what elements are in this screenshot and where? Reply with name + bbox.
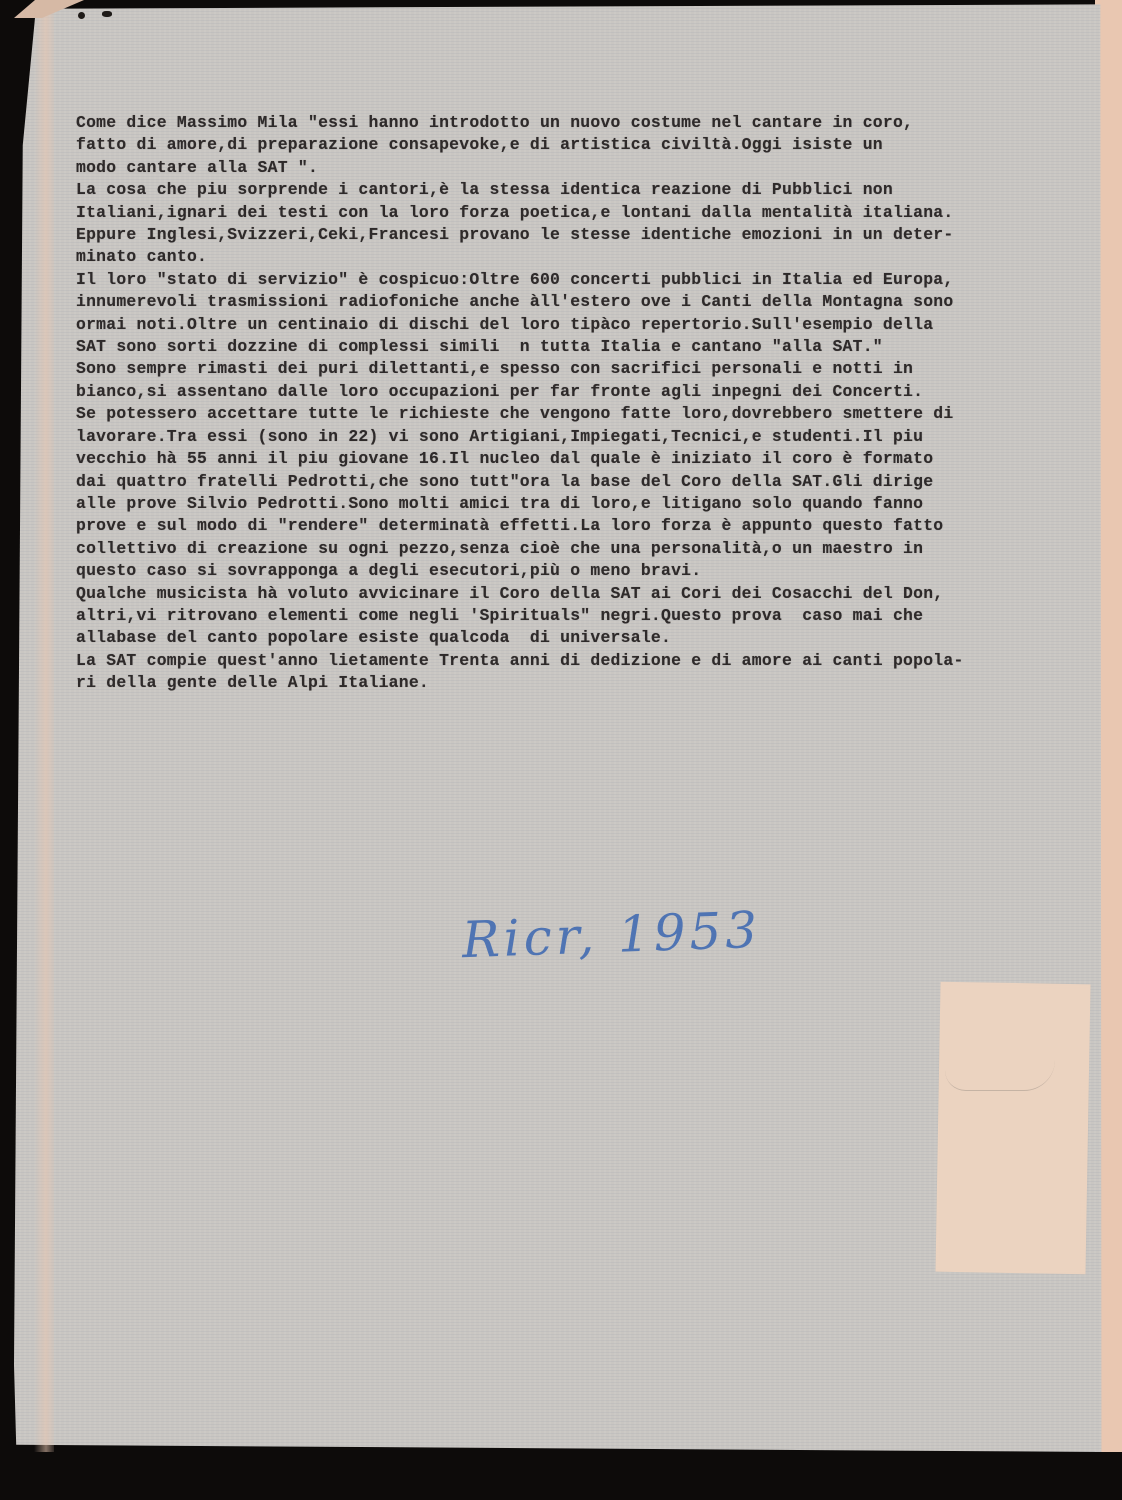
typewritten-text: Come dice Massimo Mila "essi hanno intro…: [76, 112, 1096, 695]
text-line: dai quattro fratelli Pedrotti,che sono t…: [76, 471, 1096, 493]
text-line: bianco,si assentano dalle loro occupazio…: [76, 381, 1096, 403]
text-line: La cosa che piu sorprende i cantori,è la…: [76, 179, 1096, 201]
text-line: vecchio hà 55 anni il piu giovane 16.Il …: [76, 448, 1096, 470]
text-line: fatto di amore,di preparazione consapevo…: [76, 134, 1096, 156]
ink-mark: [78, 12, 85, 19]
text-line: allabase del canto popolare esiste qualc…: [76, 627, 1096, 649]
text-line: ormai noti.Oltre un centinaio di dischi …: [76, 314, 1096, 336]
text-line: ri della gente delle Alpi Italiane.: [76, 672, 1096, 694]
text-line: Il loro "stato di servizio" è cospicuo:O…: [76, 269, 1096, 291]
text-line: modo cantare alla SAT ".: [76, 157, 1096, 179]
text-line: questo caso si sovrapponga a degli esecu…: [76, 560, 1096, 582]
text-line: innumerevoli trasmissioni radiofoniche a…: [76, 291, 1096, 313]
ink-mark: [102, 11, 112, 17]
text-line: Se potessero accettare tutte le richiest…: [76, 403, 1096, 425]
text-line: Qualche musicista hà voluto avvicinare i…: [76, 583, 1096, 605]
text-line: Come dice Massimo Mila "essi hanno intro…: [76, 112, 1096, 134]
text-line: prove e sul modo di "rendere" determinat…: [76, 515, 1096, 537]
left-folded-edge: [34, 0, 54, 1452]
text-line: collettivo di creazione su ogni pezzo,se…: [76, 538, 1096, 560]
text-line: Sono sempre rimasti dei puri dilettanti,…: [76, 358, 1096, 380]
handwritten-date-note: Ricr, 1953: [461, 901, 762, 969]
text-line: Italiani,ignari dei testi con la loro fo…: [76, 202, 1096, 224]
text-line: Eppure Inglesi,Svizzeri,Ceki,Francesi pr…: [76, 224, 1096, 246]
paper-tape-patch: [935, 982, 1090, 1275]
pencil-mark: [945, 1060, 1055, 1091]
text-line: La SAT compie quest'anno lietamente Tren…: [76, 650, 1096, 672]
text-line: alle prove Silvio Pedrotti.Sono molti am…: [76, 493, 1096, 515]
text-line: lavorare.Tra essi (sono in 22) vi sono A…: [76, 426, 1096, 448]
text-line: SAT sono sorti dozzine di complessi simi…: [76, 336, 1096, 358]
text-line: minato canto.: [76, 246, 1096, 268]
text-line: altri,vi ritrovano elementi come negli '…: [76, 605, 1096, 627]
scanned-page: Come dice Massimo Mila "essi hanno intro…: [0, 0, 1122, 1500]
